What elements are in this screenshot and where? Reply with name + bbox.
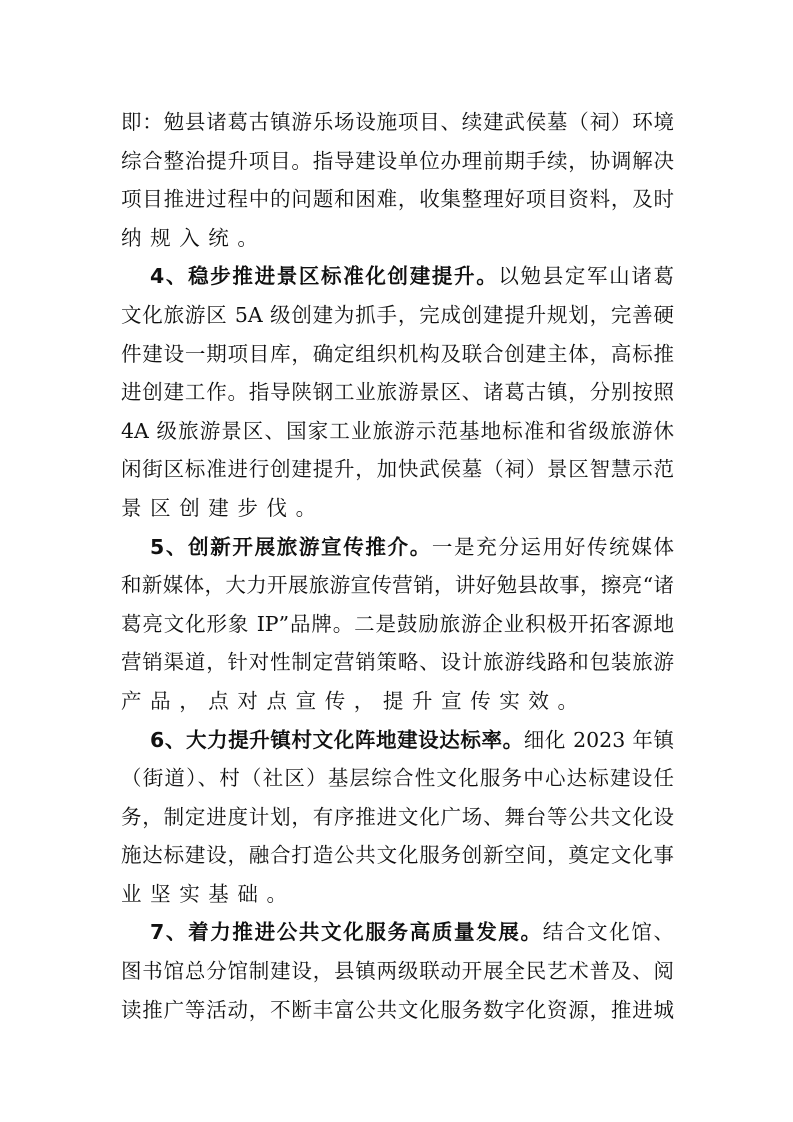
text-line: 产品，点对点宣传，提升宣传实效。 [121,682,674,721]
paragraph-heading: 7、着力推进公共文化服务高质量发展。 [150,920,543,944]
text-line: 纳规入统。 [121,219,674,258]
paragraph-6: 6、大力提升镇村文化阵地建设达标率。细化 2023 年镇 （街道）、村（社区）基… [121,721,677,914]
document-page: 即：勉县诸葛古镇游乐场设施项目、续建武侯墓（祠）环境 综合整治提升项目。指导建设… [121,103,677,1029]
paragraph-7: 7、着力推进公共文化服务高质量发展。结合文化馆、 图书馆总分馆制建设，县镇两级联… [121,913,677,1029]
text-line: 务，制定进度计划，有序推进文化广场、舞台等公共文化设 [121,798,674,837]
text-line: 景区创建步伐。 [121,489,674,528]
text-line: 图书馆总分馆制建设，县镇两级联动开展全民艺术普及、阅 [121,952,674,991]
paragraph-first-line: 5、创新开展旅游宣传推介。一是充分运用好传统媒体 [121,528,674,567]
text-line: 施达标建设，融合打造公共文化服务创新空间，奠定文化事 [121,836,674,875]
text-line: 件建设一期项目库，确定组织机构及联合创建主体，高标推 [121,335,674,374]
paragraph-text: 以勉县定军山诸葛 [498,264,674,288]
paragraph-5: 5、创新开展旅游宣传推介。一是充分运用好传统媒体 和新媒体，大力开展旅游宣传营销… [121,528,677,721]
text-line: 综合整治提升项目。指导建设单位办理前期手续，协调解决 [121,142,674,181]
text-line: 4A 级旅游景区、国家工业旅游示范基地标准和省级旅游休 [121,412,674,451]
paragraph-text: 一是充分运用好传统媒体 [432,535,674,559]
paragraph-text: 细化 2023 年镇 [524,728,674,752]
text-line: 进创建工作。指导陕钢工业旅游景区、诸葛古镇，分别按照 [121,373,674,412]
paragraph-continuation: 即：勉县诸葛古镇游乐场设施项目、续建武侯墓（祠）环境 综合整治提升项目。指导建设… [121,103,677,257]
text-line: 营销渠道，针对性制定营销策略、设计旅游线路和包装旅游 [121,643,674,682]
text-line: 业坚实基础。 [121,875,674,914]
paragraph-heading: 6、大力提升镇村文化阵地建设达标率。 [150,728,524,752]
paragraph-first-line: 4、稳步推进景区标准化创建提升。以勉县定军山诸葛 [121,257,674,296]
text-line: 文化旅游区 5A 级创建为抓手，完成创建提升规划，完善硬 [121,296,674,335]
paragraph-4: 4、稳步推进景区标准化创建提升。以勉县定军山诸葛 文化旅游区 5A 级创建为抓手… [121,257,677,527]
text-line: （街道）、村（社区）基层综合性文化服务中心达标建设任 [121,759,674,798]
paragraph-first-line: 7、着力推进公共文化服务高质量发展。结合文化馆、 [121,913,674,952]
paragraph-heading: 4、稳步推进景区标准化创建提升。 [150,264,498,288]
text-line: 项目推进过程中的问题和困难，收集整理好项目资料，及时 [121,180,674,219]
paragraph-text: 结合文化馆、 [543,920,674,944]
text-line: 和新媒体，大力开展旅游宣传营销，讲好勉县故事，擦亮“诸 [121,566,674,605]
text-line: 葛亮文化形象 IP”品牌。二是鼓励旅游企业积极开拓客源地 [121,605,674,644]
text-line: 读推广等活动，不断丰富公共文化服务数字化资源，推进城 [121,991,674,1030]
text-line: 即：勉县诸葛古镇游乐场设施项目、续建武侯墓（祠）环境 [121,103,674,142]
paragraph-first-line: 6、大力提升镇村文化阵地建设达标率。细化 2023 年镇 [121,721,674,760]
paragraph-heading: 5、创新开展旅游宣传推介。 [150,535,432,559]
text-line: 闲街区标准进行创建提升，加快武侯墓（祠）景区智慧示范 [121,450,674,489]
